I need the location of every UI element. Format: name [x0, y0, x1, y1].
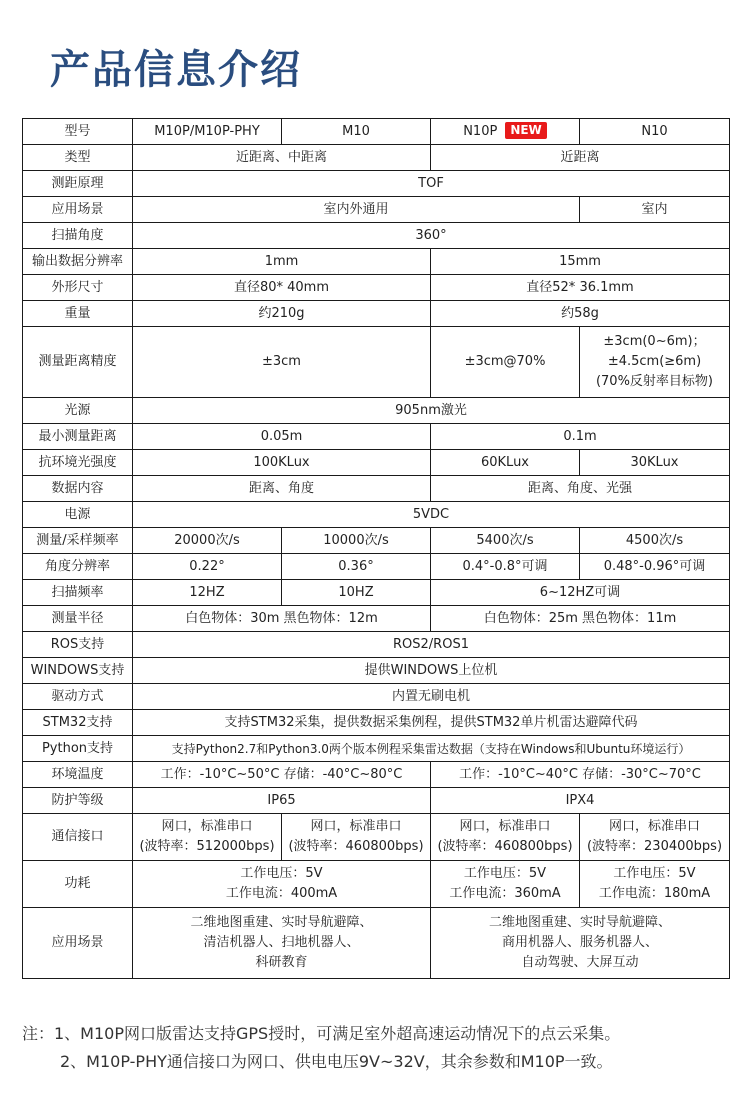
cell: 5VDC [133, 502, 730, 528]
table-row-drive: 驱动方式 内置无刷电机 [23, 684, 730, 710]
row-label: 测距原理 [23, 171, 133, 197]
cell: 工作：-10°C~50°C 存储：-40°C~80°C [133, 762, 431, 788]
model-n10: N10 [580, 119, 730, 145]
cell-line: 清洁机器人、扫地机器人、 [135, 933, 428, 953]
footnote-2: 2、M10P-PHY通信接口为网口、供电电压9V~32V，其余参数和M10P一致… [22, 1048, 620, 1076]
row-label: 扫描频率 [23, 580, 133, 606]
row-label: 抗环境光强度 [23, 450, 133, 476]
row-label: ROS支持 [23, 632, 133, 658]
table-row-min-dist: 最小测量距离 0.05m 0.1m [23, 424, 730, 450]
row-label: Python支持 [23, 736, 133, 762]
table-row-resolution: 输出数据分辨率 1mm 15mm [23, 249, 730, 275]
cell-line: 二维地图重建、实时导航避障、 [135, 913, 428, 933]
row-label: 最小测量距离 [23, 424, 133, 450]
table-row-accuracy: 测量距离精度 ±3cm ±3cm@70% ±3cm(0~6m)； ±4.5cm(… [23, 327, 730, 398]
cell: ±3cm(0~6m)； ±4.5cm(≥6m) (70%反射率目标物) [580, 327, 730, 398]
cell: 内置无刷电机 [133, 684, 730, 710]
cell: 10000次/s [282, 528, 431, 554]
cell-line: ±4.5cm(≥6m) [582, 352, 727, 372]
cell: 0.4°-0.8°可调 [431, 554, 580, 580]
row-label: 环境温度 [23, 762, 133, 788]
cell-line: 工作电流：180mA [582, 884, 727, 904]
row-label: 应用场景 [23, 908, 133, 979]
cell-line: 科研教育 [135, 953, 428, 973]
cell: 工作电压：5V 工作电流：360mA [431, 861, 580, 908]
cell: 20000次/s [133, 528, 282, 554]
row-label: 数据内容 [23, 476, 133, 502]
table-row-weight: 重量 约210g 约58g [23, 301, 730, 327]
cell: 工作：-10°C~40°C 存储：-30°C~70°C [431, 762, 730, 788]
row-label: 类型 [23, 145, 133, 171]
cell-line: 二维地图重建、实时导航避障、 [433, 913, 727, 933]
table-row-scene: 应用场景 室内外通用 室内 [23, 197, 730, 223]
cell-line: 网口，标准串口 [284, 817, 428, 837]
cell-line: (70%反射率目标物) [582, 372, 727, 392]
cell: 白色物体：25m 黑色物体：11m [431, 606, 730, 632]
footnote-1: 注：1、M10P网口版雷达支持GPS授时，可满足室外超高速运动情况下的点云采集。 [22, 1020, 620, 1048]
cell: 支持STM32采集，提供数据采集例程，提供STM32单片机雷达避障代码 [133, 710, 730, 736]
table-row-data: 数据内容 距离、角度 距离、角度、光强 [23, 476, 730, 502]
row-label: 外形尺寸 [23, 275, 133, 301]
table-row-stm32: STM32支持 支持STM32采集，提供数据采集例程，提供STM32单片机雷达避… [23, 710, 730, 736]
table-row-light: 光源 905nm激光 [23, 398, 730, 424]
row-label: 输出数据分辨率 [23, 249, 133, 275]
cell-line: 网口，标准串口 [135, 817, 279, 837]
row-label: 光源 [23, 398, 133, 424]
cell: 360° [133, 223, 730, 249]
cell: 提供WINDOWS上位机 [133, 658, 730, 684]
row-label: 测量/采样频率 [23, 528, 133, 554]
row-label: 应用场景 [23, 197, 133, 223]
cell-line: 工作电压：5V [582, 864, 727, 884]
model-m10: M10 [282, 119, 431, 145]
cell-line: 商用机器人、服务机器人、 [433, 933, 727, 953]
table-row-windows: WINDOWS支持 提供WINDOWS上位机 [23, 658, 730, 684]
table-row-comm: 通信接口 网口，标准串口 (波特率：512000bps) 网口，标准串口 (波特… [23, 814, 730, 861]
cell: 0.1m [431, 424, 730, 450]
cell: 二维地图重建、实时导航避障、 清洁机器人、扫地机器人、 科研教育 [133, 908, 431, 979]
cell: 支持Python2.7和Python3.0两个版本例程采集雷达数据（支持在Win… [133, 736, 730, 762]
model-n10p-name: N10P [463, 124, 497, 139]
page-title: 产品信息介绍 [50, 42, 302, 98]
cell: 网口，标准串口 (波特率：512000bps) [133, 814, 282, 861]
cell: 0.48°-0.96°可调 [580, 554, 730, 580]
row-label: STM32支持 [23, 710, 133, 736]
cell: 5400次/s [431, 528, 580, 554]
cell: IPX4 [431, 788, 730, 814]
table-row-python: Python支持 支持Python2.7和Python3.0两个版本例程采集雷达… [23, 736, 730, 762]
table-row-principle: 测距原理 TOF [23, 171, 730, 197]
cell: 二维地图重建、实时导航避障、 商用机器人、服务机器人、 自动驾驶、大屏互动 [431, 908, 730, 979]
cell-line: 工作电压：5V [135, 864, 428, 884]
row-label: 扫描角度 [23, 223, 133, 249]
cell: 12HZ [133, 580, 282, 606]
table-row-type: 类型 近距离、中距离 近距离 [23, 145, 730, 171]
cell-line: 网口，标准串口 [433, 817, 577, 837]
cell-line: ±3cm(0~6m)； [582, 332, 727, 352]
cell: 直径80* 40mm [133, 275, 431, 301]
row-label: 防护等级 [23, 788, 133, 814]
cell: 0.36° [282, 554, 431, 580]
cell: 6~12HZ可调 [431, 580, 730, 606]
cell: 4500次/s [580, 528, 730, 554]
new-badge: NEW [505, 122, 546, 139]
cell: 工作电压：5V 工作电流：180mA [580, 861, 730, 908]
cell: IP65 [133, 788, 431, 814]
row-label: 测量半径 [23, 606, 133, 632]
row-label: 角度分辨率 [23, 554, 133, 580]
cell: TOF [133, 171, 730, 197]
table-row-ambient: 抗环境光强度 100KLux 60KLux 30KLux [23, 450, 730, 476]
cell: 白色物体：30m 黑色物体：12m [133, 606, 431, 632]
cell-line: 网口，标准串口 [582, 817, 727, 837]
cell: 网口，标准串口 (波特率：460800bps) [282, 814, 431, 861]
cell: 工作电压：5V 工作电流：400mA [133, 861, 431, 908]
cell: 直径52* 36.1mm [431, 275, 730, 301]
cell: 1mm [133, 249, 431, 275]
table-row-model: 型号 M10P/M10P-PHY M10 N10PNEW N10 [23, 119, 730, 145]
table-row-scan-freq: 扫描频率 12HZ 10HZ 6~12HZ可调 [23, 580, 730, 606]
cell: 905nm激光 [133, 398, 730, 424]
row-label: 驱动方式 [23, 684, 133, 710]
row-label: WINDOWS支持 [23, 658, 133, 684]
cell: 网口，标准串口 (波特率：230400bps) [580, 814, 730, 861]
row-label: 通信接口 [23, 814, 133, 861]
cell: 室内外通用 [133, 197, 580, 223]
cell: ±3cm@70% [431, 327, 580, 398]
cell: 近距离、中距离 [133, 145, 431, 171]
row-label: 重量 [23, 301, 133, 327]
table-row-power-source: 电源 5VDC [23, 502, 730, 528]
cell: 网口，标准串口 (波特率：460800bps) [431, 814, 580, 861]
cell: 100KLux [133, 450, 431, 476]
table-row-size: 外形尺寸 直径80* 40mm 直径52* 36.1mm [23, 275, 730, 301]
cell-line: 工作电压：5V [433, 864, 577, 884]
model-m10p: M10P/M10P-PHY [133, 119, 282, 145]
cell: 60KLux [431, 450, 580, 476]
cell: 室内 [580, 197, 730, 223]
table-row-radius: 测量半径 白色物体：30m 黑色物体：12m 白色物体：25m 黑色物体：11m [23, 606, 730, 632]
table-row-angle: 扫描角度 360° [23, 223, 730, 249]
cell-line: 工作电流：360mA [433, 884, 577, 904]
model-n10p: N10PNEW [431, 119, 580, 145]
cell: ROS2/ROS1 [133, 632, 730, 658]
footnotes: 注：1、M10P网口版雷达支持GPS授时，可满足室外超高速运动情况下的点云采集。… [22, 1020, 620, 1076]
cell: 30KLux [580, 450, 730, 476]
cell-line: 工作电流：400mA [135, 884, 428, 904]
table-row-consumption: 功耗 工作电压：5V 工作电流：400mA 工作电压：5V 工作电流：360mA… [23, 861, 730, 908]
row-label: 测量距离精度 [23, 327, 133, 398]
cell: 15mm [431, 249, 730, 275]
cell: 10HZ [282, 580, 431, 606]
cell: 约210g [133, 301, 431, 327]
table-row-sample-rate: 测量/采样频率 20000次/s 10000次/s 5400次/s 4500次/… [23, 528, 730, 554]
cell: 近距离 [431, 145, 730, 171]
table-row-temperature: 环境温度 工作：-10°C~50°C 存储：-40°C~80°C 工作：-10°… [23, 762, 730, 788]
table-row-apps: 应用场景 二维地图重建、实时导航避障、 清洁机器人、扫地机器人、 科研教育 二维… [23, 908, 730, 979]
table-row-ip: 防护等级 IP65 IPX4 [23, 788, 730, 814]
cell-line: 自动驾驶、大屏互动 [433, 953, 727, 973]
cell-line: (波特率：460800bps) [284, 837, 428, 857]
table-row-angular-resolution: 角度分辨率 0.22° 0.36° 0.4°-0.8°可调 0.48°-0.96… [23, 554, 730, 580]
spec-table: 型号 M10P/M10P-PHY M10 N10PNEW N10 类型 近距离、… [22, 118, 730, 979]
cell-line: (波特率：230400bps) [582, 837, 727, 857]
row-label: 型号 [23, 119, 133, 145]
cell: ±3cm [133, 327, 431, 398]
cell: 距离、角度 [133, 476, 431, 502]
cell: 约58g [431, 301, 730, 327]
cell: 0.05m [133, 424, 431, 450]
row-label: 电源 [23, 502, 133, 528]
cell: 0.22° [133, 554, 282, 580]
row-label: 功耗 [23, 861, 133, 908]
cell-line: (波特率：512000bps) [135, 837, 279, 857]
cell: 距离、角度、光强 [431, 476, 730, 502]
table-row-ros: ROS支持 ROS2/ROS1 [23, 632, 730, 658]
cell-line: (波特率：460800bps) [433, 837, 577, 857]
